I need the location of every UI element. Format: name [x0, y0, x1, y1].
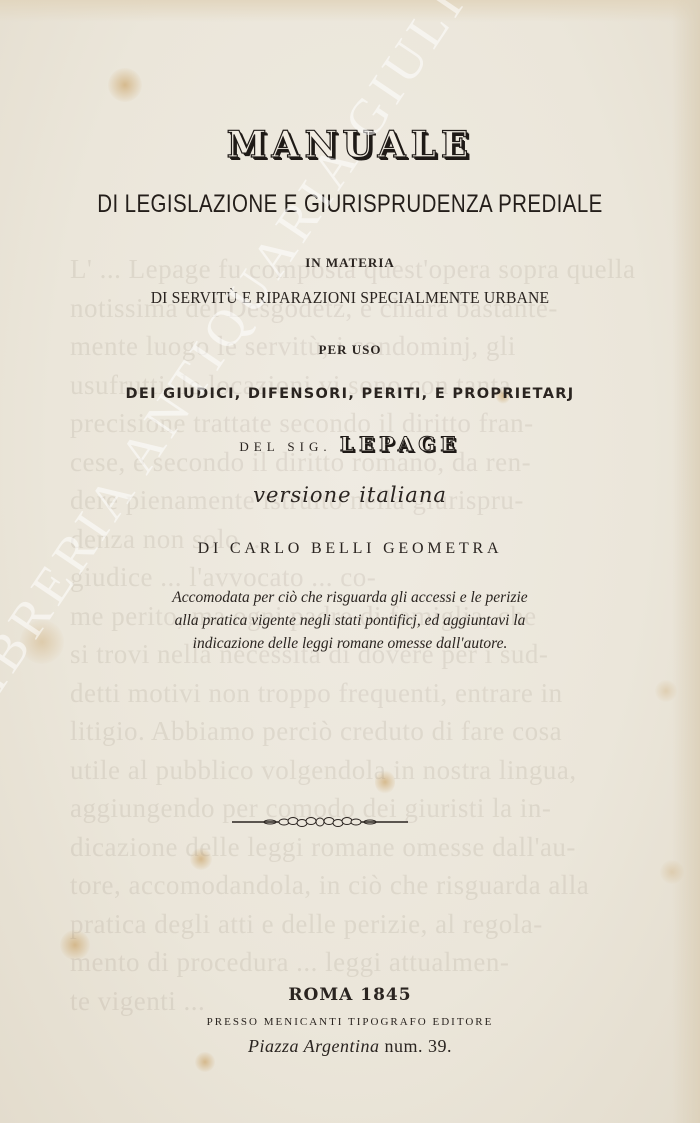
edition-note: Accomodata per ciò che risguarda gli acc… [0, 586, 700, 655]
translator-line: DI CARLO BELLI GEOMETRA [0, 540, 700, 558]
book-title: MANUALE [0, 124, 700, 166]
author-prefix: DEL SIG. [239, 439, 331, 454]
paper-edge-top [0, 0, 700, 22]
foxing-stain [108, 68, 142, 102]
foxing-stain [60, 930, 90, 960]
imprint-street: Piazza Argentina [248, 1036, 380, 1056]
edition-note-line: alla pratica vigente negli stati pontifi… [0, 609, 700, 632]
foxing-stain [375, 770, 395, 794]
author-name: LEPAGE [340, 432, 461, 456]
foxing-stain [655, 680, 677, 702]
in-materia-label: IN MATERIA [0, 255, 700, 271]
foxing-stain [660, 860, 684, 884]
edition-note-line: indicazione delle leggi romane omesse da… [0, 632, 700, 655]
edition-note-line: Accomodata per ciò che risguarda gli acc… [0, 586, 700, 609]
ornament-divider-icon [230, 812, 410, 832]
foxing-stain [190, 848, 212, 870]
imprint-place-year: ROMA 1845 [0, 985, 700, 1005]
version-line: versione italiana [0, 483, 700, 507]
paper-edge-right [672, 0, 700, 1123]
topic-line: DI SERVITÙ E RIPARAZIONI SPECIALMENTE UR… [28, 288, 672, 308]
per-uso-label: PER USO [0, 342, 700, 358]
audience-line: DEI GIUDICI, DIFENSORI, PERITI, E PROPRI… [0, 386, 700, 402]
author-line: DEL SIG. LEPAGE [0, 432, 700, 456]
imprint-number: num. 39. [385, 1036, 453, 1056]
imprint-address: Piazza Argentina num. 39. [0, 1036, 700, 1057]
book-subtitle: DI LEGISLAZIONE E GIURISPRUDENZA PREDIAL… [63, 190, 637, 219]
title-page: L' ... Lepage fu composta quest'opera so… [0, 0, 700, 1123]
imprint-printer: PRESSO MENICANTI TIPOGRAFO EDITORE [0, 1016, 700, 1028]
